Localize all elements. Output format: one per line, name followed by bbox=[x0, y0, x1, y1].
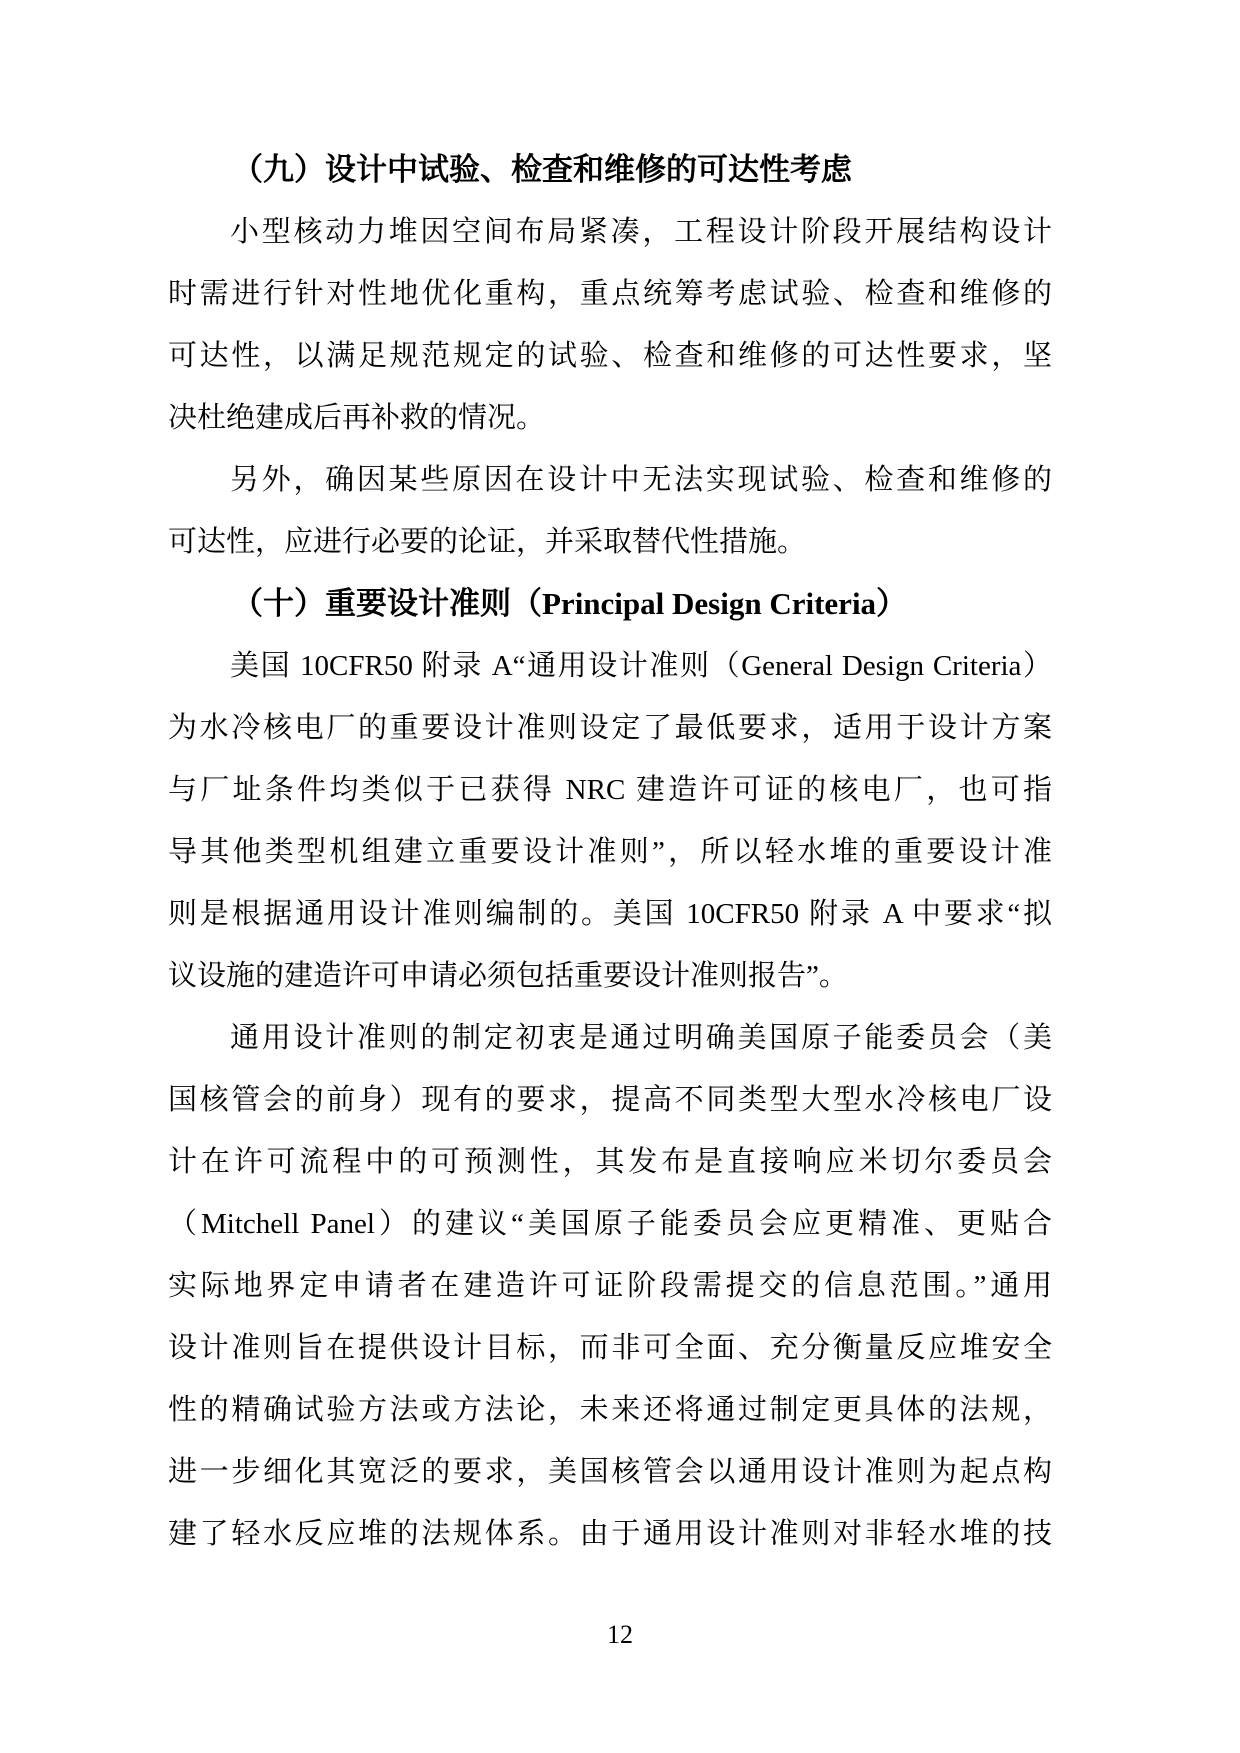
text-line: 决杜绝建成后再补救的情况。 bbox=[168, 387, 1052, 449]
text-line: 建了轻水反应堆的法规体系。由于通用设计准则对非轻水堆的技 bbox=[168, 1503, 1052, 1565]
text-line: 性的精确试验方法或方法论，未来还将通过制定更具体的法规， bbox=[168, 1379, 1052, 1441]
section-heading-10: （十）重要设计准则（Principal Design Criteria） bbox=[168, 573, 1052, 635]
text-line: （Mitchell Panel）的建议“美国原子能委员会应更精准、更贴合 bbox=[168, 1193, 1052, 1255]
text-line: 美国 10CFR50 附录 A“通用设计准则（General Design Cr… bbox=[168, 635, 1052, 697]
text-line: 实际地界定申请者在建造许可证阶段需提交的信息范围。”通用 bbox=[168, 1255, 1052, 1317]
text-line: 进一步细化其宽泛的要求，美国核管会以通用设计准则为起点构 bbox=[168, 1441, 1052, 1503]
text-line: 为水冷核电厂的重要设计准则设定了最低要求，适用于设计方案 bbox=[168, 697, 1052, 759]
text-line: 通用设计准则的制定初衷是通过明确美国原子能委员会（美 bbox=[168, 1007, 1052, 1069]
text-line: 国核管会的前身）现有的要求，提高不同类型大型水冷核电厂设 bbox=[168, 1069, 1052, 1131]
page-content: （九）设计中试验、检查和维修的可达性考虑 小型核动力堆因空间布局紧凑，工程设计阶… bbox=[168, 139, 1052, 1565]
text-line: 导其他类型机组建立重要设计准则”，所以轻水堆的重要设计准 bbox=[168, 821, 1052, 883]
page-footer: 12 bbox=[0, 1618, 1240, 1652]
section-heading-9: （九）设计中试验、检查和维修的可达性考虑 bbox=[168, 139, 1052, 201]
document-page: （九）设计中试验、检查和维修的可达性考虑 小型核动力堆因空间布局紧凑，工程设计阶… bbox=[0, 0, 1240, 1753]
text-line: 时需进行针对性地优化重构，重点统筹考虑试验、检查和维修的 bbox=[168, 263, 1052, 325]
text-line: 议设施的建造许可申请必须包括重要设计准则报告”。 bbox=[168, 945, 1052, 1007]
page-number: 12 bbox=[607, 1620, 633, 1649]
text-line: 另外，确因某些原因在设计中无法实现试验、检查和维修的 bbox=[168, 449, 1052, 511]
text-line: 计在许可流程中的可预测性，其发布是直接响应米切尔委员会 bbox=[168, 1131, 1052, 1193]
text-line: 设计准则旨在提供设计目标，而非可全面、充分衡量反应堆安全 bbox=[168, 1317, 1052, 1379]
text-line: 与厂址条件均类似于已获得 NRC 建造许可证的核电厂，也可指 bbox=[168, 759, 1052, 821]
text-line: 可达性，应进行必要的论证，并采取替代性措施。 bbox=[168, 511, 1052, 573]
text-line: 则是根据通用设计准则编制的。美国 10CFR50 附录 A 中要求“拟 bbox=[168, 883, 1052, 945]
text-line: 小型核动力堆因空间布局紧凑，工程设计阶段开展结构设计 bbox=[168, 201, 1052, 263]
text-line: 可达性，以满足规范规定的试验、检查和维修的可达性要求，坚 bbox=[168, 325, 1052, 387]
